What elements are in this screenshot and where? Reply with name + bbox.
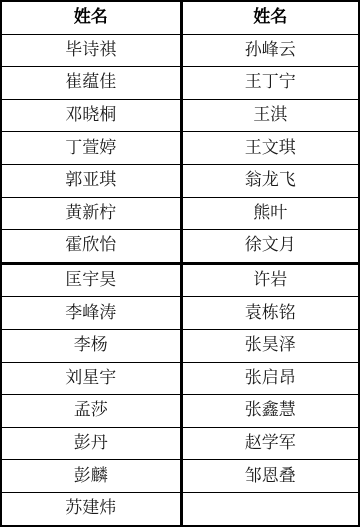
name-cell: 王丁宁 [181, 67, 359, 100]
name-cell: 孟莎 [1, 395, 181, 428]
table-row: 郭亚琪翁龙飞 [1, 164, 359, 197]
name-cell: 张启昂 [181, 362, 359, 395]
table-row: 刘星宇张启昂 [1, 362, 359, 395]
table-row: 苏建炜 [1, 492, 359, 525]
name-cell [181, 492, 359, 525]
name-cell: 王文琪 [181, 132, 359, 165]
table-row: 彭麟邹恩叠 [1, 460, 359, 493]
name-cell: 彭丹 [1, 427, 181, 460]
name-cell: 彭麟 [1, 460, 181, 493]
header-row: 姓名 姓名 [1, 1, 359, 34]
table-row: 霍欣怡徐文月 [1, 230, 359, 264]
name-cell: 李峰涛 [1, 297, 181, 330]
name-cell: 赵学军 [181, 427, 359, 460]
table-row: 黄新柠熊叶 [1, 197, 359, 230]
name-cell: 刘星宇 [1, 362, 181, 395]
name-cell: 匡宇昊 [1, 263, 181, 297]
name-cell: 张昊泽 [181, 329, 359, 362]
name-cell: 徐文月 [181, 230, 359, 264]
table-row: 崔蕴佳王丁宁 [1, 67, 359, 100]
name-cell: 孙峰云 [181, 34, 359, 67]
name-cell: 郭亚琪 [1, 164, 181, 197]
name-cell: 黄新柠 [1, 197, 181, 230]
name-cell: 霍欣怡 [1, 230, 181, 264]
header-name-col-2: 姓名 [181, 1, 359, 34]
name-cell: 翁龙飞 [181, 164, 359, 197]
table-row: 孟莎张鑫慧 [1, 395, 359, 428]
name-cell: 熊叶 [181, 197, 359, 230]
table-row: 丁萱婷王文琪 [1, 132, 359, 165]
name-cell: 许岩 [181, 263, 359, 297]
header-name-col-1: 姓名 [1, 1, 181, 34]
name-cell: 袁栋铭 [181, 297, 359, 330]
names-table: 姓名 姓名 毕诗祺孙峰云 崔蕴佳王丁宁 邓晓桐王淇 丁萱婷王文琪 郭亚琪翁龙飞 … [0, 0, 360, 527]
name-cell: 崔蕴佳 [1, 67, 181, 100]
table-row: 李峰涛袁栋铭 [1, 297, 359, 330]
name-cell: 邓晓桐 [1, 99, 181, 132]
name-cell: 王淇 [181, 99, 359, 132]
name-cell: 毕诗祺 [1, 34, 181, 67]
table-row: 彭丹赵学军 [1, 427, 359, 460]
name-cell: 苏建炜 [1, 492, 181, 525]
table-row: 毕诗祺孙峰云 [1, 34, 359, 67]
table-row: 李杨张昊泽 [1, 329, 359, 362]
table-row: 匡宇昊许岩 [1, 263, 359, 297]
name-cell: 丁萱婷 [1, 132, 181, 165]
name-cell: 张鑫慧 [181, 395, 359, 428]
name-cell: 邹恩叠 [181, 460, 359, 493]
table-row: 邓晓桐王淇 [1, 99, 359, 132]
name-cell: 李杨 [1, 329, 181, 362]
